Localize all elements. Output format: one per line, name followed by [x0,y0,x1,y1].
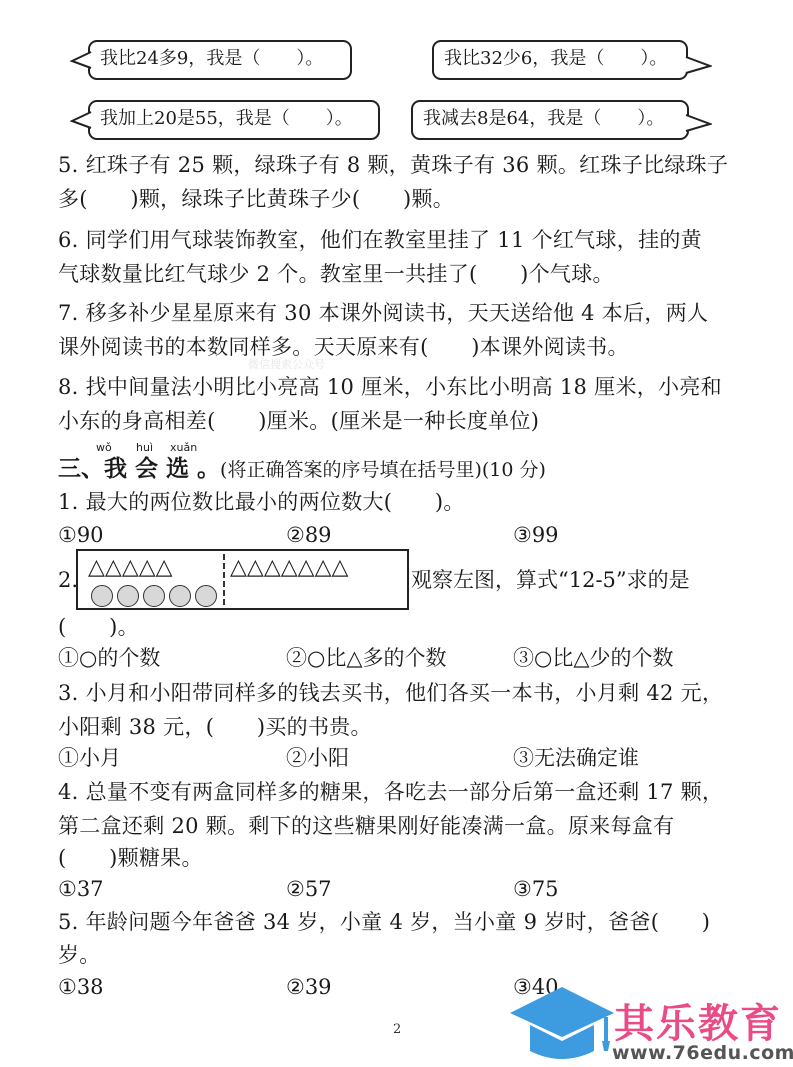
option-2-3: ③○比△少的个数 [513,643,673,673]
choice-question-1: 1. 最大的两位数比最小的两位数大( )。 [58,487,465,517]
option-4-1: ①37 [58,874,104,904]
section-heading: 三、我 会 选 。 [58,456,220,482]
question-5-line-1: 5. 红珠子有 25 颗，绿珠子有 8 颗，黄珠子有 36 颗。红珠子比绿珠子 [58,150,728,180]
shapes-figure: △△△△△ △△△△△△△ [76,549,409,610]
choice-question-3-line-2: 小阳剩 38 元，( )买的书贵。 [58,712,372,742]
choice-question-2-blank: ( )。 [58,612,139,642]
bubble-tail-icon [684,55,712,77]
page-number: 2 [393,1022,401,1037]
choice-question-4-line-1: 4. 总量不变有两盒同样多的糖果，各吃去一部分后第一盒还剩 17 颗， [58,777,723,807]
choice-question-5-line-1: 5. 年龄问题今年爸爸 34 岁，小童 4 岁，当小童 9 岁时，爸爸( ) [58,907,710,937]
bubble-text: 我减去8是64，我是（ ）。 [423,108,664,129]
bubble-tail-icon [70,50,92,72]
option-3-2: ②小阳 [286,743,349,773]
choice-question-3-line-1: 3. 小月和小阳带同样多的钱去买书，他们各买一本书，小月剩 42 元， [58,678,723,708]
circle-icon [195,585,217,607]
option-4-3: ③75 [513,874,559,904]
choice-question-4-line-3: ( )颗糖果。 [58,843,203,873]
choice-question-4-line-2: 第二盒还剩 20 颗。剩下的这些糖果刚好能凑满一盒。原来每盒有 [58,811,674,841]
question-5-line-2: 多( )颗，绿珠子比黄珠子少( )颗。 [58,184,454,214]
bubble-text: 我比24多9，我是（ ）。 [100,48,323,69]
triangles-left: △△△△△ [88,556,173,580]
speech-bubble: 我加上20是55，我是（ ）。 [88,100,380,140]
question-7-line-1: 7. 移多补少星星原来有 30 本课外阅读书，天天送给他 4 本后，两人 [58,298,708,328]
option-4-2: ②57 [286,874,332,904]
option-2-2: ②○比△多的个数 [286,643,446,673]
option-3-1: ①小月 [58,743,121,773]
option-1-1: ①90 [58,520,104,550]
option-3-3: ③无法确定谁 [513,743,639,773]
bubble-text: 我比32少6，我是（ ）。 [444,48,667,69]
bubble-tail-icon [70,110,92,132]
question-6-line-2: 气球数量比红气球少 2 个。教室里一共挂了( )个气球。 [58,259,614,289]
choice-question-2-text: 观察左图，算式“12-5”求的是 [411,565,690,595]
watermark: 微信搜索公众号 [248,356,325,372]
circle-icon [143,585,165,607]
speech-bubble: 我比32少6，我是（ ）。 [432,40,688,80]
option-1-3: ③99 [513,520,559,550]
logo-name: 其乐教育 [614,992,782,1049]
triangles-right: △△△△△△△ [230,556,348,580]
option-5-2: ②39 [286,972,332,1002]
logo-url[interactable]: www.76edu.com [612,1042,793,1064]
circle-icon [91,585,113,607]
speech-bubble: 我减去8是64，我是（ ）。 [411,100,689,140]
speech-bubble: 我比24多9，我是（ ）。 [88,40,352,80]
section-instruction: (将正确答案的序号填在括号里)(10 分) [220,459,546,481]
graduation-cap-icon [510,985,615,1065]
option-1-2: ②89 [286,520,332,550]
option-2-1: ①○的个数 [58,643,160,673]
option-5-1: ①38 [58,972,104,1002]
bubble-text: 我加上20是55，我是（ ）。 [100,108,353,129]
section-title: 三、我 会 选 。(将正确答案的序号填在括号里)(10 分) [58,450,546,483]
circle-icon [169,585,191,607]
bubble-tail-icon [684,113,712,135]
choice-question-5-line-2: 岁。 [58,940,101,970]
question-8-line-2: 小东的身高相差( )厘米。(厘米是一种长度单位) [58,406,539,436]
dashed-divider [223,554,225,605]
question-8-line-1: 8. 找中间量法小明比小亮高 10 厘米，小东比小明高 18 厘米，小亮和 [58,372,722,402]
question-7-line-2: 课外阅读书的本数同样多。天天原来有( )本课外阅读书。 [58,332,629,362]
question-6-line-1: 6. 同学们用气球装饰教室，他们在教室里挂了 11 个红气球，挂的黄 [58,225,702,255]
circle-icon [117,585,139,607]
